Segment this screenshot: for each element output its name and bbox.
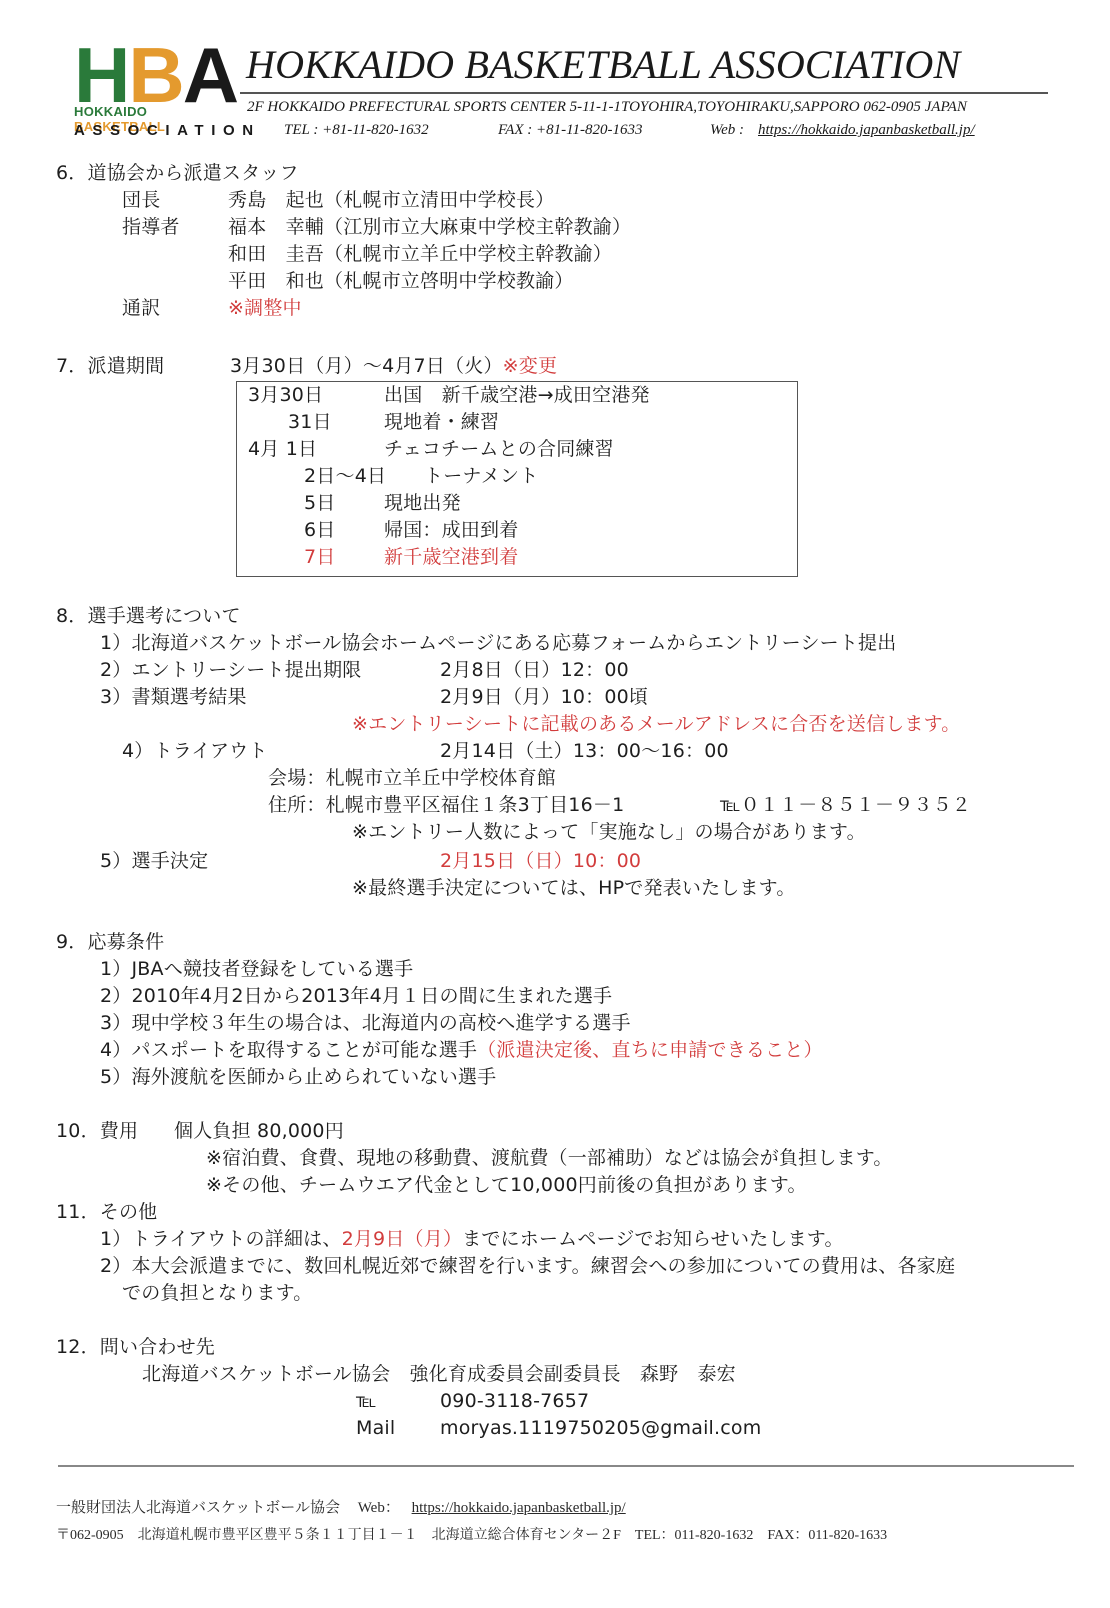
contact-mail-label: Mail	[356, 1415, 395, 1441]
dispatch-period: 3月30日（月）～4月7日（火）※変更	[230, 353, 557, 379]
cost-note1: ※宿泊費、食費、現地の移動費、渡航費（一部補助）などは協会が負担します。	[206, 1145, 893, 1171]
schedule-date: 3月30日	[248, 382, 323, 408]
schedule-date: 7日	[304, 544, 336, 570]
staff-role-coach: 指導者	[122, 214, 180, 240]
section11-heading: 11．その他	[56, 1199, 157, 1225]
staff-interpreter-status: ※調整中	[228, 295, 302, 321]
schedule-date: 4月 1日	[248, 436, 317, 462]
footer-org-line: 一般財団法人北海道バスケットボール協会 Web： https://hokkaid…	[56, 1496, 626, 1517]
section10-heading: 10．費用	[56, 1118, 138, 1144]
changed-note: ※変更	[503, 355, 558, 377]
eligibility-item: 2）2010年4月2日から2013年4月１日の間に生まれた選手	[100, 983, 612, 1009]
header-fax: FAX : +81-11-820-1633	[498, 122, 643, 139]
logo-letters: HBA	[74, 40, 237, 110]
other-item1-date: 2月9日（月）	[342, 1228, 463, 1250]
other-item2-line1: 2）本大会派遣までに、数回札幌近郊で練習を行います。練習会への参加についての費用…	[100, 1253, 955, 1279]
section8-heading: 8．選手選考について	[56, 603, 241, 629]
header-web-label: Web :	[710, 122, 744, 139]
header-address: 2F HOKKAIDO PREFECTURAL SPORTS CENTER 5-…	[247, 99, 967, 116]
other-item2-line2: での負担となります。	[122, 1280, 312, 1306]
tryout-address: 住所：札幌市豊平区福住１条3丁目16－1	[268, 792, 624, 818]
tryout-venue: 会場：札幌市立羊丘中学校体育館	[268, 765, 556, 791]
schedule-event: 現地出発	[384, 490, 461, 516]
contact-tel: 090-3118-7657	[440, 1388, 589, 1414]
contact-org: 北海道バスケットボール協会 強化育成委員会副委員長 森野 泰宏	[142, 1361, 736, 1387]
cost-amount: 個人負担 80,000円	[174, 1118, 344, 1144]
staff-role-interpreter: 通訳	[122, 295, 160, 321]
other-item1: 1）トライアウトの詳細は、2月9日（月）までにホームページでお知らせいたします。	[100, 1226, 844, 1252]
selection-item4-label: 4）トライアウト	[122, 738, 268, 764]
selection-item2-label: 2）エントリーシート提出期限	[100, 657, 362, 683]
section6-heading: 6．道協会から派遣スタッフ	[56, 160, 299, 186]
org-title: HOKKAIDO BASKETBALL ASSOCIATION	[246, 42, 960, 88]
header-divider	[240, 92, 1048, 94]
schedule-date: 6日	[304, 517, 336, 543]
footer-divider	[58, 1465, 1074, 1467]
staff-name-coach3: 平田 和也（札幌市立啓明中学校教諭）	[228, 268, 574, 294]
selection-item5-label: 5）選手決定	[100, 848, 208, 874]
schedule-date: 2日～4日	[304, 463, 386, 489]
eligibility-item4-note: （派遣決定後、直ちに申請できること）	[477, 1039, 823, 1061]
contact-mail[interactable]: moryas.1119750205@gmail.com	[440, 1415, 761, 1441]
dispatch-period-dates: 3月30日（月）～4月7日（火）	[230, 355, 503, 377]
selection-item1: 1）北海道バスケットボール協会ホームページにある応募フォームからエントリーシート…	[100, 630, 896, 656]
schedule-event: チェコチームとの合同練習	[384, 436, 614, 462]
contact-tel-label: ℡	[356, 1388, 377, 1414]
schedule-event: トーナメント	[424, 463, 538, 489]
tryout-note: ※エントリー人数によって「実施なし」の場合があります。	[352, 819, 866, 845]
staff-name-leader: 秀島 起也（札幌市立清田中学校長）	[228, 187, 554, 213]
eligibility-item: 3）現中学校３年生の場合は、北海道内の高校へ進学する選手	[100, 1010, 631, 1036]
staff-name-coach2: 和田 圭吾（札幌市立羊丘中学校主幹教諭）	[228, 241, 612, 267]
selection-item2-value: 2月8日（日）12：00	[440, 657, 629, 683]
eligibility-item: 4）パスポートを取得することが可能な選手（派遣決定後、直ちに申請できること）	[100, 1037, 823, 1063]
eligibility-item: 5）海外渡航を医師から止められていない選手	[100, 1064, 496, 1090]
schedule-date: 5日	[304, 490, 336, 516]
staff-name-coach1: 福本 幸輔（江別市立大麻東中学校主幹教諭）	[228, 214, 631, 240]
selection-item5-note: ※最終選手決定については、HPで発表いたします。	[352, 875, 796, 901]
footer-web-link[interactable]: https://hokkaido.japanbasketball.jp/	[412, 1500, 626, 1516]
staff-role-leader: 団長	[122, 187, 160, 213]
header-web-link[interactable]: https://hokkaido.japanbasketball.jp/	[758, 122, 975, 139]
selection-item3-value: 2月9日（月）10：00頃	[440, 684, 648, 710]
other-item1-pre: 1）トライアウトの詳細は、	[100, 1228, 342, 1250]
selection-item3-note: ※エントリーシートに記載のあるメールアドレスに合否を送信します。	[352, 711, 960, 737]
schedule-event: 出国 新千歳空港→成田空港発	[384, 382, 650, 408]
footer-org: 一般財団法人北海道バスケットボール協会	[56, 1500, 340, 1516]
schedule-date: 31日	[288, 409, 332, 435]
selection-item3-label: 3）書類選考結果	[100, 684, 247, 710]
section7-heading: 7．派遣期間	[56, 353, 164, 379]
schedule-event: 現地着・練習	[384, 409, 499, 435]
logo-sub-hokkaido: HOKKAIDO	[74, 104, 147, 119]
footer-address: 〒062-0905 北海道札幌市豊平区豊平５条１１丁目１－１ 北海道立総合体育セ…	[56, 1524, 887, 1544]
cost-note2: ※その他、チームウエア代金として10,000円前後の負担があります。	[206, 1172, 807, 1198]
eligibility-item4-text: 4）パスポートを取得することが可能な選手	[100, 1039, 477, 1061]
eligibility-item: 1）JBAへ競技者登録をしている選手	[100, 956, 413, 982]
tryout-tel: ℡０１１－８５１－９３５２	[720, 792, 971, 818]
header-tel: TEL : +81-11-820-1632	[284, 122, 429, 139]
hba-logo: HBA HOKKAIDO BASKETBALL ASSOCIATION	[74, 40, 236, 140]
schedule-event: 帰国：成田到着	[384, 517, 518, 543]
selection-item5-value: 2月15日（日）10：00	[440, 848, 641, 874]
schedule-event: 新千歳空港到着	[384, 544, 518, 570]
logo-sub-association: ASSOCIATION	[74, 122, 261, 139]
section9-heading: 9．応募条件	[56, 929, 164, 955]
section12-heading: 12．問い合わせ先	[56, 1334, 215, 1360]
selection-item4-value: 2月14日（土）13：00～16：00	[440, 738, 729, 764]
other-item1-post: までにホームページでお知らせいたします。	[462, 1228, 844, 1250]
footer-web-label: Web：	[358, 1500, 400, 1516]
